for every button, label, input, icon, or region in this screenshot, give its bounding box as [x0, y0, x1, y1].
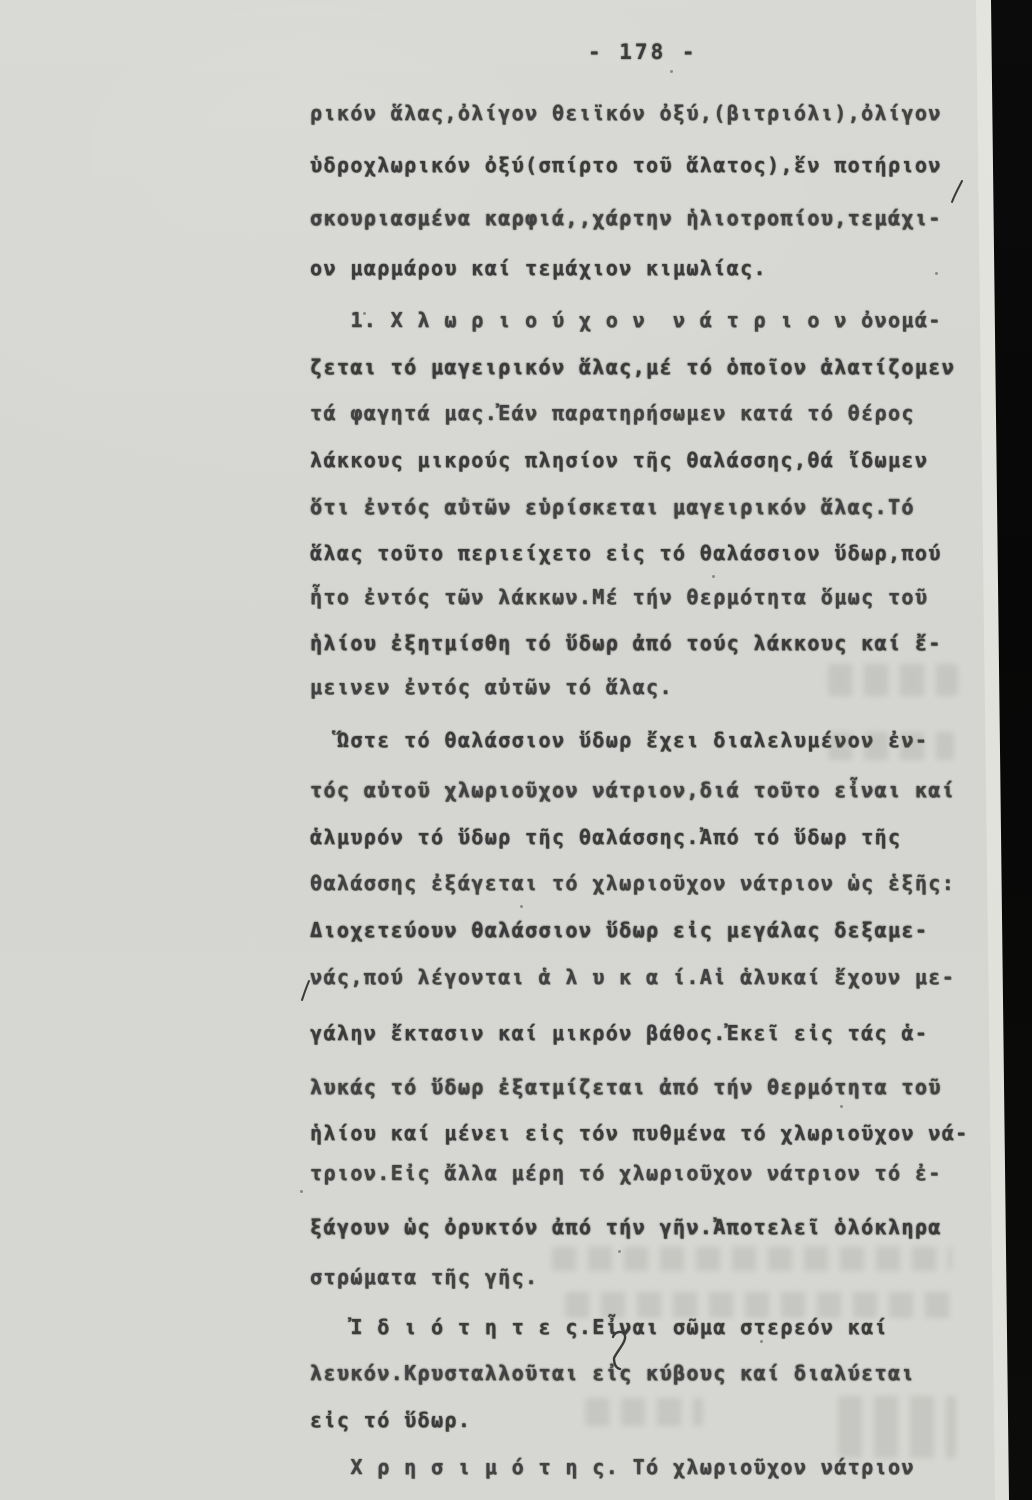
typed-line: ξάγουν ὡς ὀρυκτόν ἀπό τήν γῆν.Ἀποτελεῖ ὁ… [310, 1214, 942, 1240]
typed-line: τός αὐτοῦ χλωριοῦχον νάτριον,διά τοῦτο ε… [310, 777, 955, 803]
ink-speck [466, 499, 469, 502]
typed-line: μεινεν ἐντός αὐτῶν τό ἅλας. [310, 674, 673, 700]
typed-line: 1. Χ λ ω ρ ι ο ύ χ ο ν ν ά τ ρ ι ο ν ὀνο… [310, 307, 942, 333]
typed-line: λάκκους μικρούς πλησίον τῆς θαλάσσης,θά … [310, 447, 928, 473]
handwritten-zeta-correction-mark [606, 1328, 640, 1372]
typed-line: θαλάσσης ἐξάγεται τό χλωριοῦχον νάτριον … [310, 870, 955, 896]
typed-line: σκουριασμένα καρφιά,,χάρτην ἡλιοτροπίου,… [310, 205, 942, 231]
ink-speck [300, 1190, 303, 1193]
ink-speck [712, 575, 715, 578]
bleedthrough-smudge [585, 1398, 703, 1426]
ink-speck [670, 70, 673, 73]
ink-speck [363, 312, 366, 315]
bleedthrough-smudge [838, 1396, 956, 1458]
ink-speck [760, 1340, 763, 1343]
bleedthrough-smudge [552, 1247, 952, 1271]
typed-line: ρικόν ἅλας,ὀλίγον θειϊκόν ὀξύ,(βιτριόλι)… [310, 100, 942, 126]
typed-line: λυκάς τό ὕδωρ ἐξατμίζεται ἀπό τήν θερμότ… [310, 1074, 942, 1100]
typed-line: ζεται τό μαγειρικόν ἅλας,μέ τό ὁποῖον ἁλ… [310, 354, 955, 380]
typed-line: ὅτι ἐντός αὐτῶν εὑρίσκεται μαγειρικόν ἅλ… [310, 494, 915, 520]
typed-line: ἁλμυρόν τό ὕδωρ τῆς θαλάσσης.Ἀπό τό ὕδωρ… [310, 824, 901, 850]
typed-line: ἅλας τοῦτο περιείχετο εἰς τό θαλάσσιον ὕ… [310, 540, 942, 566]
handwritten-comma-mark [298, 978, 314, 1004]
typed-line: στρώματα τῆς γῆς. [310, 1264, 539, 1290]
typed-line: εἰς τό ὕδωρ. [310, 1407, 471, 1433]
typed-line: ὑδροχλωρικόν ὀξύ(σπίρτο τοῦ ἅλατος),ἕν π… [310, 152, 942, 178]
typed-line: Διοχετεύουν θαλάσσιον ὕδωρ εἰς μεγάλας δ… [310, 917, 928, 943]
ink-speck [520, 905, 523, 908]
ink-speck [935, 272, 938, 275]
handwritten-stroke-mark [948, 178, 968, 208]
page-number: - 178 - [588, 40, 698, 64]
typed-line: ἡλίου καί μένει εἰς τόν πυθμένα τό χλωρι… [310, 1120, 969, 1146]
typed-line: Χ ρ η σ ι μ ό τ η ς. Τό χλωριοῦχον νάτρι… [310, 1454, 915, 1480]
typed-line: γάλην ἔκτασιν καί μικρόν βάθος.Ἐκεῖ εἰς … [310, 1020, 928, 1046]
typed-line: ον μαρμάρου καί τεμάχιον κιμωλίας. [310, 255, 767, 281]
bleedthrough-smudge [828, 732, 954, 760]
typed-line: τά φαγητά μας.Ἐάν παρατηρήσωμεν κατά τό … [310, 400, 915, 426]
typed-line: ἦτο ἐντός τῶν λάκκων.Μέ τήν θερμότητα ὅμ… [310, 584, 928, 610]
typed-line: νάς,πού λέγονται ἁ λ υ κ α ί.Αἱ ἁλυκαί ἔ… [310, 964, 955, 990]
typed-line: ἡλίου ἐξητμίσθη τό ὕδωρ ἀπό τούς λάκκους… [310, 630, 942, 656]
ink-speck [618, 1250, 621, 1253]
scanned-document-page: - 178 - ρικόν ἅλας,ὀλίγον θειϊκόν ὀξύ,(β… [0, 0, 1032, 1500]
bleedthrough-smudge [828, 664, 958, 696]
ink-speck [840, 1105, 843, 1108]
typed-line: τριον.Εἰς ἄλλα μέρη τό χλωριοῦχον νάτριο… [310, 1160, 942, 1186]
bleedthrough-smudge [565, 1292, 953, 1318]
